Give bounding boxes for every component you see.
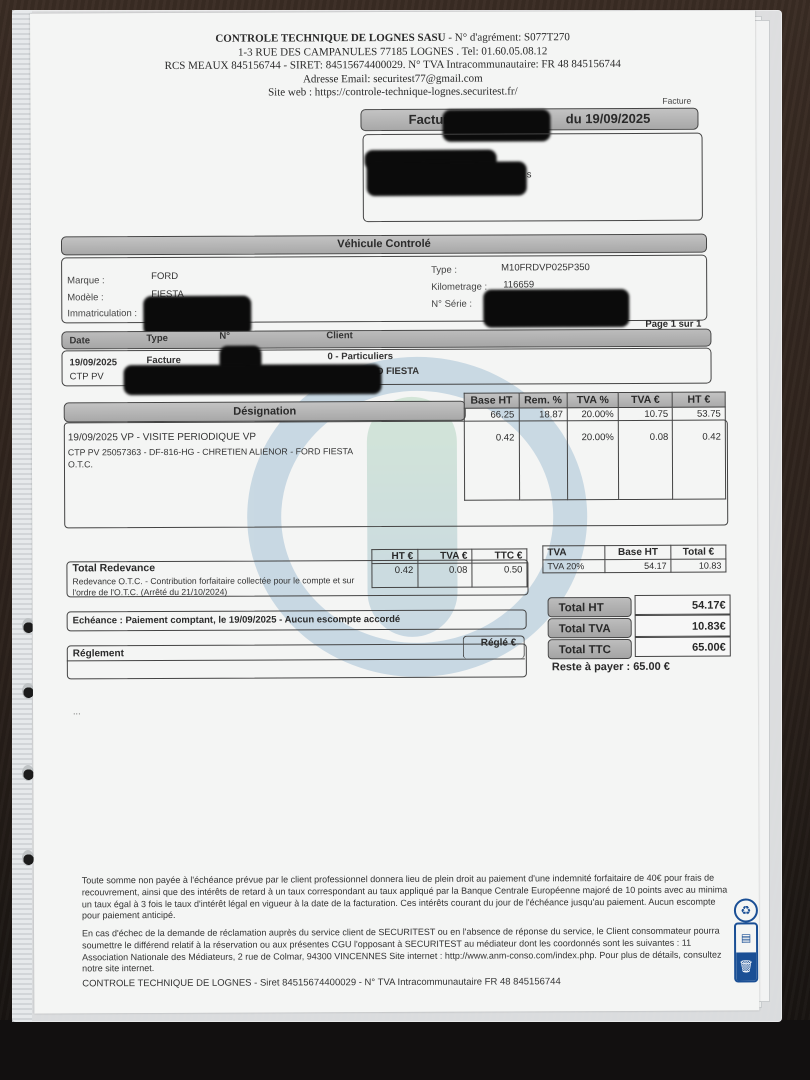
- line2-designation-otc: O.T.C.: [68, 459, 93, 469]
- vat-col-base: Base HT: [605, 545, 671, 559]
- kilometrage-label: Kilometrage :: [431, 282, 487, 293]
- vat-col-rate: TVA: [543, 546, 605, 560]
- client-category: 0 - Particuliers: [327, 351, 393, 362]
- modele-label: Modèle :: [67, 292, 103, 303]
- ellipsis-marker: ...: [73, 706, 81, 716]
- line2-designation: CTP PV 25057363 - DF-816-HG - CHRETIEN A…: [68, 446, 353, 457]
- line1-remise: 18.87: [523, 409, 563, 420]
- binder-hole: [22, 850, 34, 866]
- redevance-col-tva: TVA €: [418, 549, 472, 563]
- agrement-number: - N° d'agrément: S077T270: [446, 31, 570, 44]
- redevance-table: HT € TVA € TTC € 0.42 0.08 0.50: [371, 548, 527, 588]
- col-tva-pct: TVA %: [567, 393, 618, 408]
- company-website: Site web : https://controle-technique-lo…: [30, 84, 755, 101]
- type-label: Type :: [431, 265, 457, 276]
- legal-footer: CONTROLE TECHNIQUE DE LOGNES - Siret 845…: [82, 976, 728, 991]
- col-base-ht: Base HT: [464, 393, 519, 408]
- legal-mediation: En cas d'échec de la demande de réclamat…: [82, 926, 728, 976]
- marque-value: FORD: [151, 271, 178, 282]
- amount-due: Reste à payer : 65.00 €: [552, 661, 670, 674]
- redevance-col-ttc: TTC €: [472, 549, 527, 563]
- sleeve-binding-edge: [12, 10, 32, 1022]
- invoice-date: du 19/09/2025: [566, 111, 651, 126]
- vat-total: 10.83: [671, 559, 726, 572]
- vehicle-section-title: Véhicule Controlé: [61, 234, 707, 256]
- total-ht-label: Total HT: [548, 597, 632, 617]
- invoice-page: CONTROLE TECHNIQUE DE LOGNES SASU - N° d…: [30, 10, 759, 1013]
- total-tva-value: 10.83€: [635, 615, 731, 637]
- total-ttc-value: 65.00€: [635, 637, 731, 657]
- serie-label: N° Série :: [431, 299, 472, 310]
- col-number: N°: [219, 331, 230, 342]
- col-type: Type: [146, 333, 168, 344]
- reglement-label: Réglement: [73, 648, 124, 659]
- payment-terms: Echéance : Paiement comptant, le 19/09/2…: [73, 614, 401, 626]
- tidy-man-recycle-icon: ♻: [734, 898, 758, 922]
- line1-designation: 19/09/2025 VP - VISITE PERIODIQUE VP: [68, 432, 256, 444]
- paper-sort-icon: ▤ 🗑: [734, 922, 758, 982]
- line1-tva-pct: 20.00%: [572, 409, 614, 420]
- legal-late-payment: Toute somme non payée à l'échéance prévu…: [82, 873, 728, 923]
- vat-col-total: Total €: [671, 545, 726, 559]
- redacted-reference: [124, 364, 382, 395]
- redevance-ht: 0.42: [372, 563, 418, 587]
- redevance-tva: 0.08: [418, 563, 472, 587]
- col-client: Client: [326, 330, 352, 341]
- redevance-ttc: 0.50: [472, 563, 527, 587]
- marque-label: Marque :: [67, 275, 105, 286]
- dark-floor-area: [0, 1020, 810, 1080]
- company-name: CONTROLE TECHNIQUE DE LOGNES SASU: [215, 32, 445, 45]
- vat-rate: TVA 20%: [543, 560, 605, 573]
- col-date: Date: [69, 335, 90, 346]
- redevance-col-ht: HT €: [372, 549, 418, 563]
- reference-suffix: D FIESTA: [377, 366, 420, 377]
- redacted-serie-number: [483, 289, 629, 328]
- reference-prefix: CTP PV: [70, 371, 104, 382]
- line1-ht-eur: 53.75: [677, 409, 721, 420]
- type-value: M10FRDVP025P350: [501, 262, 590, 273]
- col-tva-eur: TVA €: [618, 392, 673, 407]
- doc-type-label: Facture: [662, 96, 691, 106]
- vat-base: 54.17: [605, 559, 671, 572]
- line1-base-ht: 66.25: [469, 409, 515, 420]
- reglement-box: [67, 643, 527, 679]
- col-remise: Rem. %: [519, 393, 568, 408]
- total-ttc-label: Total TTC: [548, 639, 632, 659]
- binder-hole: [22, 765, 34, 781]
- redevance-title: Total Redevance: [72, 562, 155, 574]
- total-ht-value: 54.17€: [635, 595, 731, 615]
- designation-header: Désignation: [64, 401, 466, 423]
- redacted-customer-address: [367, 161, 527, 196]
- line1-tva-eur: 10.75: [623, 409, 669, 420]
- col-ht-eur: HT €: [673, 392, 726, 407]
- redevance-description: Redevance O.T.C. - Contribution forfaita…: [72, 575, 367, 597]
- total-tva-label: Total TVA: [548, 618, 632, 638]
- recycling-bin-icon: 🗑: [736, 952, 756, 980]
- company-header: CONTROLE TECHNIQUE DE LOGNES SASU - N° d…: [30, 30, 755, 101]
- vat-summary-table: TVA Base HT Total € TVA 20% 54.17 10.83: [542, 545, 726, 574]
- regle-col-header: Réglé €: [481, 637, 517, 648]
- immatriculation-label: Immatriculation :: [67, 308, 137, 319]
- doc-date: 19/09/2025: [70, 357, 118, 368]
- customer-address-fragment: s: [527, 169, 532, 180]
